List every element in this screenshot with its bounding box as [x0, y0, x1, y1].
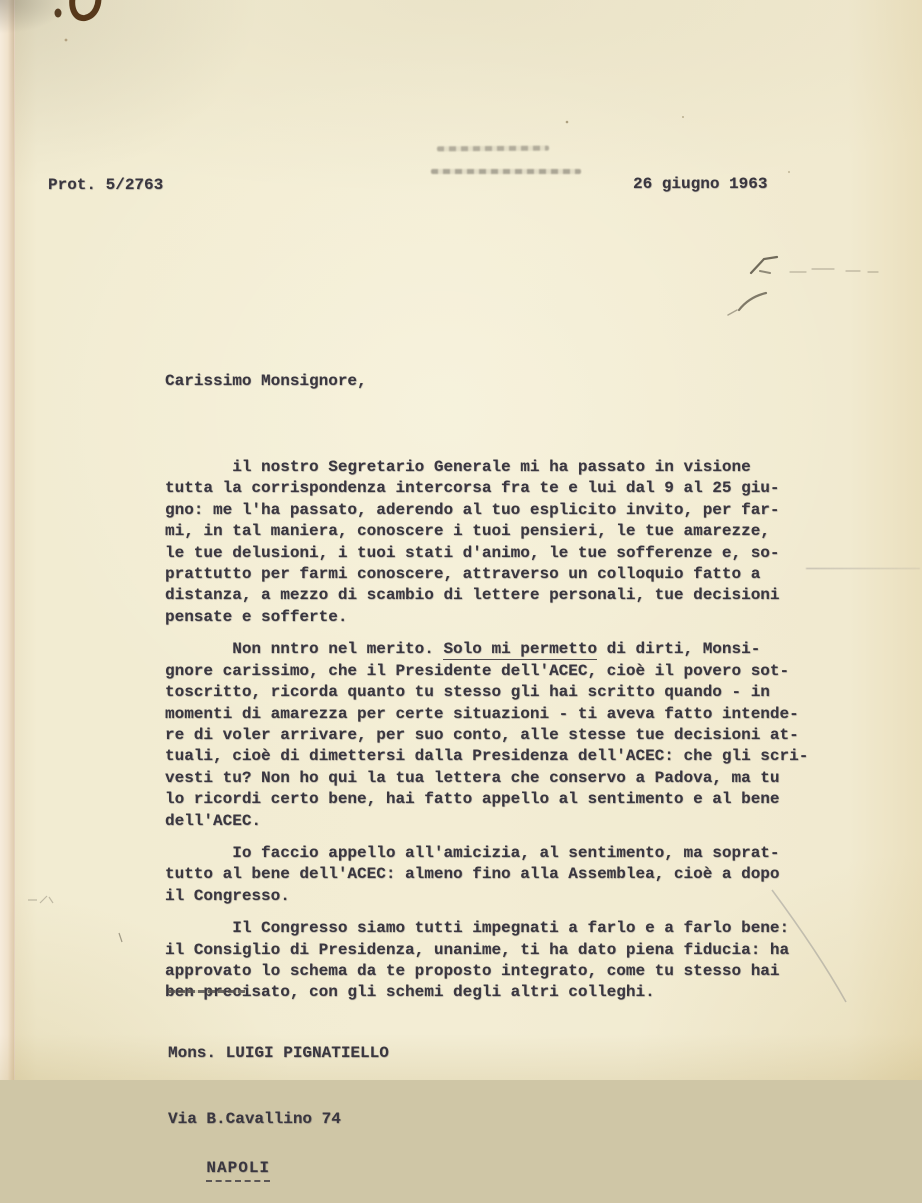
- text-line: tutta la corrispondenza intercorsa fra t…: [165, 478, 808, 499]
- underlined-phrase: Solo mi permetto: [443, 640, 597, 660]
- text-line: le tue delusioni, i tuoi stati d'animo, …: [165, 543, 808, 564]
- text-line: prattutto per farmi conoscere, attravers…: [165, 564, 808, 585]
- text-line: momenti di amarezza per certe situazioni…: [165, 704, 808, 725]
- date-line: 26 giugno 1963: [633, 175, 767, 193]
- text-line: tutto al bene dell'ACEC: almeno fino all…: [165, 864, 808, 885]
- text-line: Non nntro nel merito. Solo mi permetto d…: [165, 639, 808, 660]
- text-line: vesti tu? Non ho qui la tua lettera che …: [165, 768, 808, 789]
- text-line: toscritto, ricorda quanto tu stesso gli …: [165, 682, 808, 703]
- recipient-name: Mons. LUIGI PIGNATIELLO: [168, 1043, 389, 1064]
- text-line: gnore carissimo, che il Presidente dell'…: [165, 661, 808, 682]
- text-line: lo ricordi certo bene, hai fatto appello…: [165, 789, 808, 810]
- text-line: gno: me l'ha passato, aderendo al tuo es…: [165, 500, 808, 521]
- paragraph: il nostro Segretario Generale mi ha pass…: [165, 457, 808, 628]
- text-line: Io faccio appello all'amicizia, al senti…: [165, 843, 808, 864]
- paragraphs: il nostro Segretario Generale mi ha pass…: [165, 457, 808, 1004]
- pencil-mark: [28, 896, 122, 942]
- text-line: Il Congresso siamo tutti impegnati a far…: [165, 918, 808, 939]
- text-line: il Congresso.: [165, 886, 808, 907]
- text-line: tuali, cioè di dimettersi dalla Presiden…: [165, 746, 808, 767]
- salutation: Carissimo Monsignore,: [165, 371, 808, 392]
- paper-left-edge: [0, 0, 15, 1080]
- protocol-number: Prot. 5/2763: [48, 176, 163, 194]
- text-line: distanza, a mezzo di scambio di lettere …: [165, 585, 808, 606]
- letter-page: Prot. 5/2763 26 giugno 1963 Carissimo Mo…: [0, 0, 922, 1080]
- pen-scribble-marks: [728, 257, 878, 315]
- text-line: re di voler arrivare, per suo conto, all…: [165, 725, 808, 746]
- recipient-address: Mons. LUIGI PIGNATIELLO Via B.Cavallino …: [168, 945, 389, 1080]
- text-line: dell'ACEC.: [165, 811, 808, 832]
- paper-specks: [566, 116, 790, 173]
- erased-text-mark: [431, 169, 581, 174]
- text-line: il nostro Segretario Generale mi ha pass…: [165, 457, 808, 478]
- letter-body: Carissimo Monsignore, il nostro Segretar…: [165, 328, 808, 1047]
- erased-text-mark: [437, 146, 549, 152]
- paragraph: Io faccio appello all'amicizia, al senti…: [165, 843, 808, 907]
- text-line: pensate e sofferte.: [165, 607, 808, 628]
- scan-corner-shadow: [0, 0, 70, 34]
- typed-rule-line: [168, 990, 245, 993]
- paragraph: Non nntro nel merito. Solo mi permetto d…: [165, 639, 808, 832]
- text-line: mi, in tal maniera, conoscere i tuoi pen…: [165, 521, 808, 542]
- pencil-underline-tail: [806, 568, 920, 569]
